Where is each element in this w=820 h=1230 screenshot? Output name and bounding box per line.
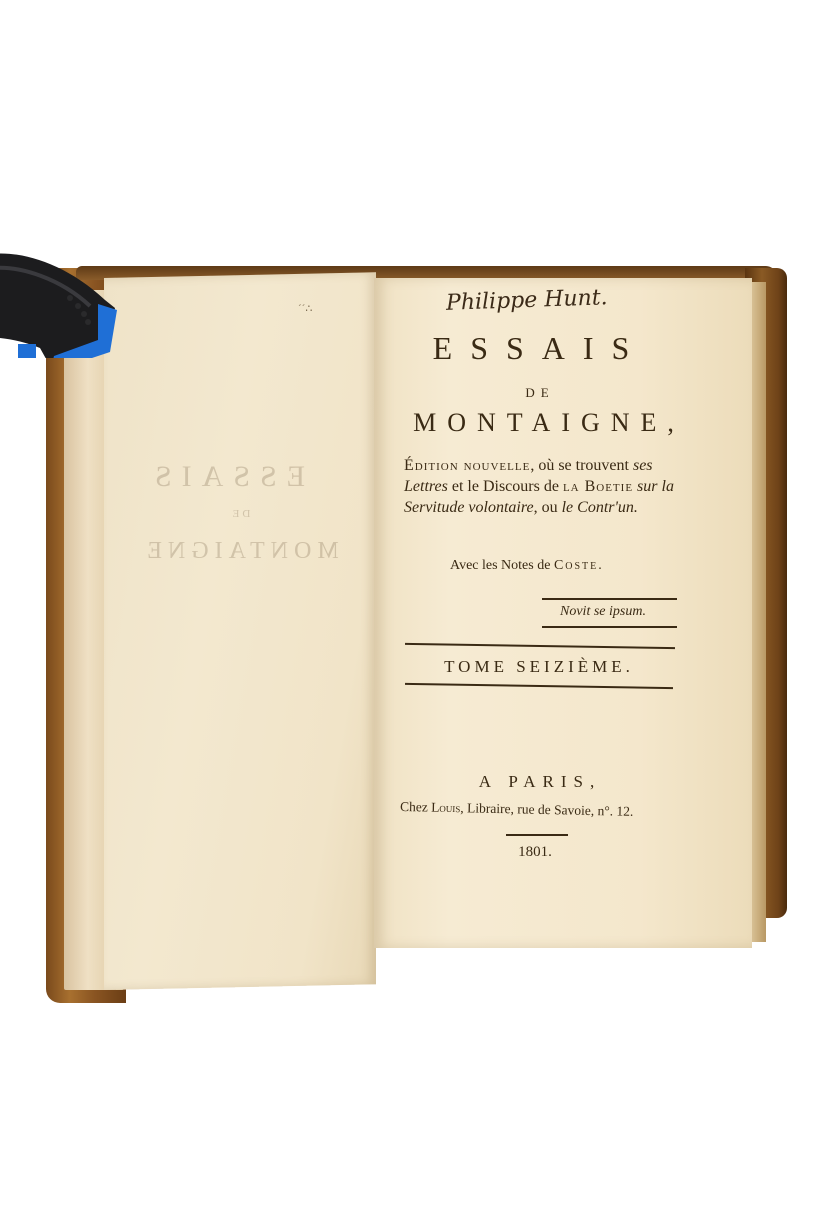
show-through-text: ESSAIS DE MONTAIGNE [104, 460, 376, 565]
title-de: DE [410, 385, 670, 401]
desc-text-3: , ou [534, 499, 562, 516]
notes-prefix: Avec les Notes de [450, 558, 554, 573]
desc-lettres: Lettres [404, 478, 448, 495]
book-title: ESSAIS [410, 330, 670, 367]
volume-number: TOME SEIZIÈME. [404, 657, 674, 677]
show-through-de: DE [104, 508, 376, 520]
author-name: MONTAIGNE, [404, 408, 694, 438]
pencil-mark: ˊˊ∴ [298, 302, 312, 315]
publication-year: 1801. [505, 844, 565, 861]
publisher-name: Louis [431, 800, 461, 816]
motto-rule-top [542, 598, 677, 600]
motto-rule-bottom [542, 626, 677, 628]
show-through-author: MONTAIGNE [104, 538, 376, 565]
show-through-title: ESSAIS [104, 460, 346, 494]
notes-name: Coste. [554, 558, 604, 573]
desc-text-2: et le Discours de [448, 478, 563, 495]
book-clamp-icon [0, 248, 130, 358]
desc-ses: ses [633, 457, 653, 474]
edition-label: Édition nouvelle [404, 457, 530, 474]
edition-description: Édition nouvelle, où se trouvent ses Let… [404, 455, 684, 518]
desc-text-1: , où se trouvent [530, 457, 633, 474]
left-page [104, 272, 376, 990]
publisher-address: , Libraire, rue de Savoie, n°. 12. [460, 800, 633, 819]
desc-contrun: le Contr'un. [562, 499, 638, 516]
notes-credit: Avec les Notes de Coste. [450, 558, 604, 574]
publisher-prefix: Chez [400, 799, 431, 815]
desc-boetie: la Boetie [563, 478, 633, 495]
motto: Novit se ipsum. [560, 604, 646, 620]
imprint-city: A PARIS, [420, 772, 660, 792]
photo-scene: ˊˊ∴ ESSAIS DE MONTAIGNE Philippe Hunt. E… [0, 0, 820, 1230]
imprint-rule [506, 834, 568, 836]
